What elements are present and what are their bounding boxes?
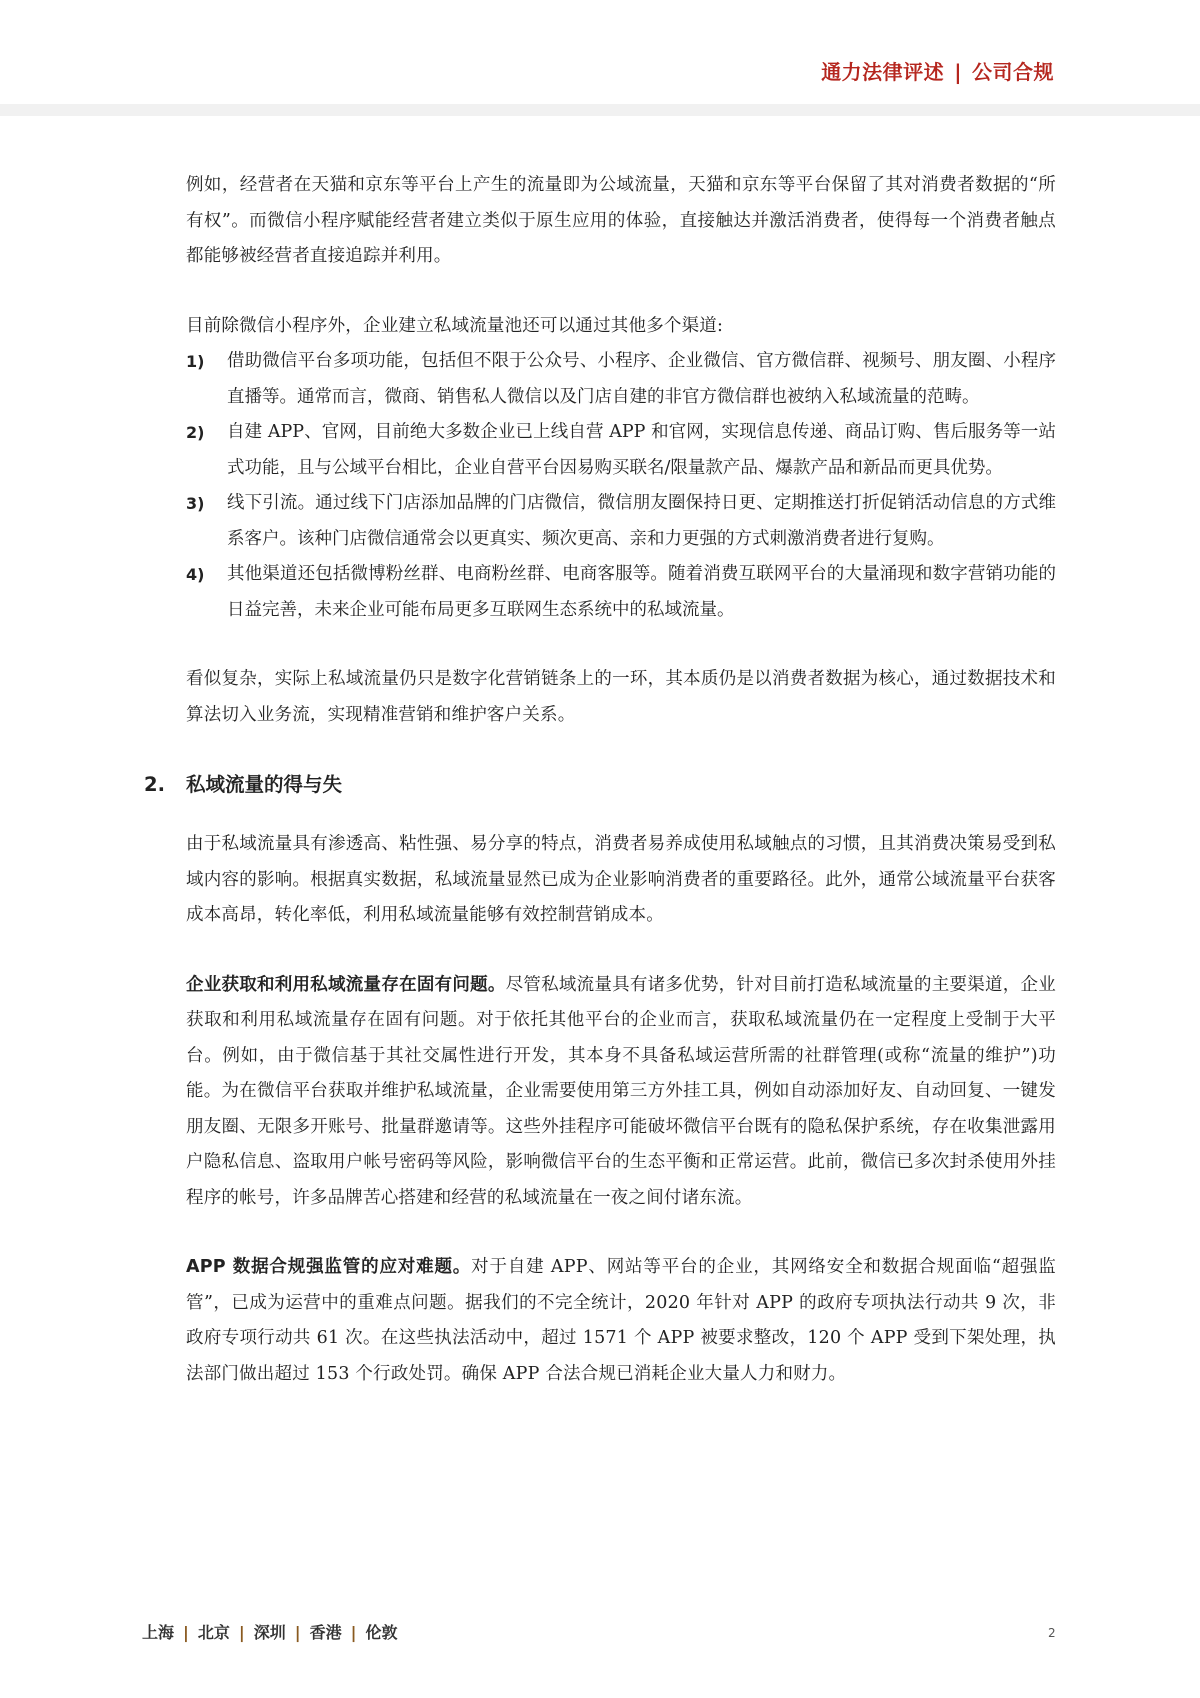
footer-separator: |: [183, 1623, 189, 1642]
list-item-number: 2): [186, 415, 204, 451]
section-name: 公司合规: [972, 60, 1054, 84]
section-number: 2.: [144, 767, 186, 803]
header-separator: |: [954, 60, 962, 84]
paragraph-text: 尽管私域流量具有诸多优势，针对目前打造私域流量的主要渠道，企业获取和利用私域流量…: [186, 975, 1056, 1208]
list-item: 2)自建 APP、官网，目前绝大多数企业已上线自营 APP 和官网，实现信息传递…: [186, 415, 1056, 486]
paragraph-private-traffic-essence: 看似复杂，实际上私域流量仍只是数字化营销链条上的一环，其本质仍是以消费者数据为核…: [186, 662, 1056, 733]
footer-separator: |: [239, 1623, 245, 1642]
list-item-number: 1): [186, 344, 204, 380]
city-beijing: 北京: [198, 1623, 230, 1642]
list-item: 1)借助微信平台多项功能，包括但不限于公众号、小程序、企业微信、官方微信群、视频…: [186, 344, 1056, 415]
list-item: 3)线下引流。通过线下门店添加品牌的门店微信，微信朋友圈保持日更、定期推送打折促…: [186, 486, 1056, 557]
page-number: 2: [1048, 1626, 1056, 1640]
city-london: 伦敦: [365, 1623, 397, 1642]
header-divider-band: [0, 104, 1200, 116]
list-item-number: 4): [186, 557, 204, 593]
city-hongkong: 香港: [310, 1623, 342, 1642]
paragraph-app-compliance: APP 数据合规强监管的应对难题。对于自建 APP、网站等平台的企业，其网络安全…: [186, 1250, 1056, 1392]
list-item-text: 其他渠道还包括微博粉丝群、电商粉丝群、电商客服等。随着消费互联网平台的大量涌现和…: [227, 564, 1056, 620]
paragraph-private-traffic-advantages: 由于私域流量具有渗透高、粘性强、易分享的特点，消费者易养成使用私域触点的习惯，且…: [186, 827, 1056, 934]
city-shenzhen: 深圳: [254, 1623, 286, 1642]
publication-header: 通力法律评述|公司合规: [821, 56, 1054, 85]
channels-list: 1)借助微信平台多项功能，包括但不限于公众号、小程序、企业微信、官方微信群、视频…: [186, 344, 1056, 628]
list-item: 4)其他渠道还包括微博粉丝群、电商粉丝群、电商客服等。随着消费互联网平台的大量涌…: [186, 557, 1056, 628]
document-body: 例如，经营者在天猫和京东等平台上产生的流量即为公域流量，天猫和京东等平台保留了其…: [186, 168, 1056, 1426]
paragraph-public-traffic-example: 例如，经营者在天猫和京东等平台上产生的流量即为公域流量，天猫和京东等平台保留了其…: [186, 168, 1056, 275]
paragraph-channels-intro: 目前除微信小程序外，企业建立私域流量池还可以通过其他多个渠道:: [186, 309, 1056, 345]
section-heading: 2.私域流量的得与失: [144, 767, 1056, 803]
footer-separator: |: [295, 1623, 301, 1642]
publication-name: 通力法律评述: [821, 60, 944, 84]
paragraph-inherent-problems: 企业获取和利用私域流量存在固有问题。尽管私域流量具有诸多优势，针对目前打造私域流…: [186, 968, 1056, 1217]
list-item-text: 自建 APP、官网，目前绝大多数企业已上线自营 APP 和官网，实现信息传递、商…: [227, 422, 1056, 478]
city-shanghai: 上海: [142, 1623, 174, 1642]
list-item-text: 线下引流。通过线下门店添加品牌的门店微信，微信朋友圈保持日更、定期推送打折促销活…: [227, 493, 1056, 549]
list-item-number: 3): [186, 486, 204, 522]
section-title: 私域流量的得与失: [186, 773, 342, 796]
footer-office-locations: 上海|北京|深圳|香港|伦敦: [142, 1620, 397, 1643]
paragraph-lead: APP 数据合规强监管的应对难题。: [186, 1257, 471, 1277]
paragraph-lead: 企业获取和利用私域流量存在固有问题。: [186, 975, 506, 995]
footer-separator: |: [351, 1623, 357, 1642]
list-item-text: 借助微信平台多项功能，包括但不限于公众号、小程序、企业微信、官方微信群、视频号、…: [227, 351, 1056, 407]
